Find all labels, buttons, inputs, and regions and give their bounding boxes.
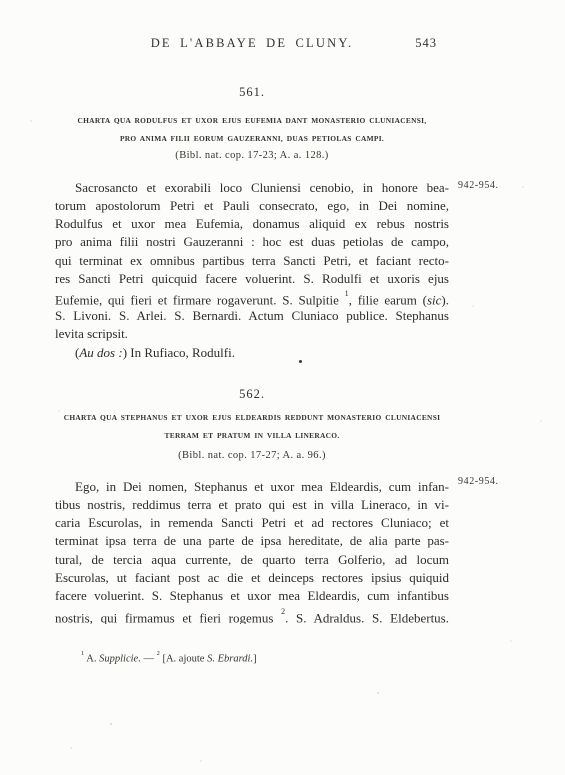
text-run: — <box>141 654 157 665</box>
scan-speckle <box>58 410 60 412</box>
text-run: nostris, qui firmamus et fieri rogemus <box>55 610 281 624</box>
text-run: Sacrosancto et exorabili loco Cluniensi … <box>75 180 449 195</box>
charter-title-line: PRO ANIMA FILII EORUM GAUZERANNI, DUAS P… <box>55 130 449 148</box>
footnote: 1 A. Supplicie. — 2 [A. ajoute S. Ebrard… <box>55 648 449 667</box>
text-run: Eufemie, qui fieri et firmare rogaverunt… <box>55 293 345 307</box>
charter-title-line: TERRAM ET PRATUM IN VILLA LINERACO. <box>55 427 449 445</box>
text-line: pro anima filii nostri Gauzeranni : hoc … <box>55 233 449 251</box>
charter-title-line: CHARTA QUA STEPHANUS ET UXOR EJUS ELDEAR… <box>55 409 449 427</box>
charter-title-562: CHARTA QUA STEPHANUS ET UXOR EJUS ELDEAR… <box>55 409 449 444</box>
text-run: ). <box>441 293 449 307</box>
archive-reference-561: (Bibl. nat. cop. 17-23; A. a. 128.) <box>55 150 449 161</box>
charter-body-561: Sacrosancto et exorabili loco Cluniensi … <box>55 179 449 344</box>
text-run: terminat ipsa terra de una parte de ipsa… <box>55 533 449 548</box>
au-dos-line: (Au dos :) In Rufiaco, Rodulfi. <box>55 344 449 362</box>
scan-speckle <box>522 186 524 188</box>
text-run: levita scripsit. <box>55 326 128 341</box>
page-number: 543 <box>55 36 437 51</box>
text-line: caria Escurolas, in remenda Sancti Petri… <box>55 514 449 532</box>
scan-speckle <box>377 692 379 694</box>
text-run: Au dos : <box>79 345 122 360</box>
text-run: pro anima filii nostri Gauzeranni : hoc … <box>55 234 449 249</box>
text-line: Sacrosancto et exorabili loco Cluniensi … <box>55 179 449 197</box>
scan-speckle <box>510 640 512 642</box>
archive-reference-562: (Bibl. nat. cop. 17-27; A. a. 96.) <box>55 450 449 461</box>
text-line: tibus nostris, reddimus terra et prato q… <box>55 496 449 514</box>
text-run: Supplicie. <box>99 654 141 665</box>
text-run: ) In Rufiaco, Rodulfi. <box>123 345 235 360</box>
text-run: Rodulfus et uxor mea Eufemia, donamus al… <box>55 216 449 231</box>
charter-title-561: CHARTA QUA RODULFUS ET UXOR EJUS EUFEMIA… <box>55 112 449 147</box>
text-run: Escurolas, ut faciant post ac die et dei… <box>55 570 449 585</box>
text-line: S. Livoni. S. Arlei. S. Bernardi. Actum … <box>55 307 449 325</box>
text-run: caria Escurolas, in remenda Sancti Petri… <box>55 515 449 530</box>
text-run: A. <box>84 654 99 665</box>
text-line: facere voluerint. S. Stephanus et uxor m… <box>55 587 449 605</box>
text-line: Eufemie, qui fieri et firmare rogaverunt… <box>55 288 449 306</box>
scan-speckle <box>70 747 72 749</box>
scan-speckle <box>472 305 474 307</box>
text-line: nostris, qui firmamus et fieri rogemus 2… <box>55 606 449 624</box>
charter-number-561: 561. <box>55 85 449 100</box>
text-line: res Sancti Petri quicquid facere volueri… <box>55 270 449 288</box>
text-run: facere voluerint. S. Stephanus et uxor m… <box>55 588 449 603</box>
text-run: tibus nostris, reddimus terra et prato q… <box>55 497 449 512</box>
text-run: res Sancti Petri quicquid facere volueri… <box>55 271 449 286</box>
text-run: sic <box>427 293 441 307</box>
text-run: S. Ebrardi. <box>207 654 253 665</box>
text-line: torum apostolorum Petri et Pauli consecr… <box>55 197 449 215</box>
text-line: Ego, in Dei nomen, Stephanus et uxor mea… <box>55 478 449 496</box>
text-run: . S. Adraldus. S. Eldebertus. <box>285 610 449 624</box>
text-run: ] <box>253 654 257 665</box>
text-line: qui terminat ex omnibus partibus terra S… <box>55 252 449 270</box>
text-line: tural, de tercia aqua currente, de quart… <box>55 551 449 569</box>
scan-speckle <box>540 420 542 422</box>
scan-speckle <box>200 760 202 762</box>
text-run: [A. ajoute <box>160 654 207 665</box>
text-run: 1 <box>81 650 84 657</box>
scan-speckle <box>30 120 32 122</box>
book-page: DE L'ABBAYE DE CLUNY. 543 561. CHARTA QU… <box>0 0 565 775</box>
text-line: levita scripsit. <box>55 325 449 343</box>
ink-speck <box>299 360 302 363</box>
text-run: 2 <box>281 607 285 616</box>
text-run: qui terminat ex omnibus partibus terra S… <box>55 253 449 268</box>
date-margin-note: 942-954. <box>458 476 499 487</box>
charter-title-line: CHARTA QUA RODULFUS ET UXOR EJUS EUFEMIA… <box>55 112 449 130</box>
text-run: 2 <box>157 650 160 657</box>
text-run: torum apostolorum Petri et Pauli consecr… <box>55 198 449 213</box>
scan-speckle <box>110 723 112 725</box>
charter-body-562: Ego, in Dei nomen, Stephanus et uxor mea… <box>55 478 449 624</box>
text-run: 1 <box>345 289 349 298</box>
text-run: S. Livoni. S. Arlei. S. Bernardi. Actum … <box>55 308 449 323</box>
text-run: Ego, in Dei nomen, Stephanus et uxor mea… <box>75 479 449 494</box>
text-line: terminat ipsa terra de una parte de ipsa… <box>55 532 449 550</box>
text-line: Escurolas, ut faciant post ac die et dei… <box>55 569 449 587</box>
text-run: , filie earum ( <box>349 293 427 307</box>
charter-number-562: 562. <box>55 387 449 402</box>
date-margin-note: 942-954. <box>458 180 499 191</box>
text-run: tural, de tercia aqua currente, de quart… <box>55 552 449 567</box>
text-line: Rodulfus et uxor mea Eufemia, donamus al… <box>55 215 449 233</box>
